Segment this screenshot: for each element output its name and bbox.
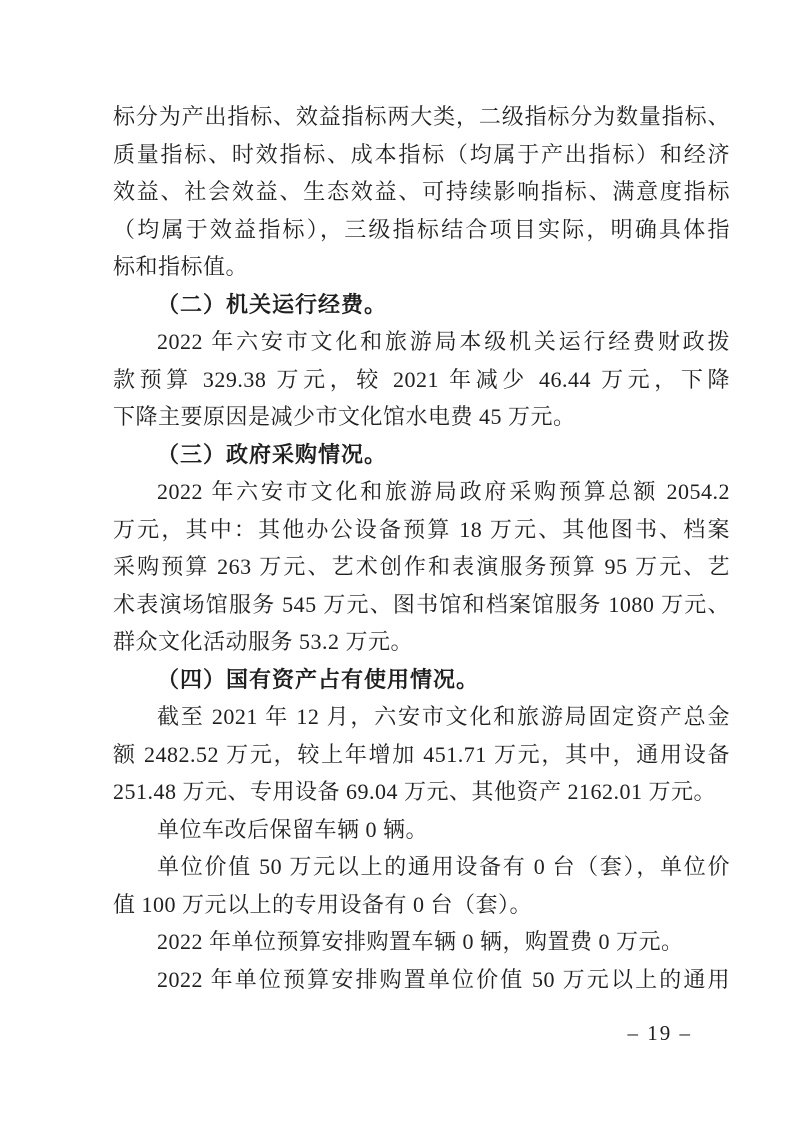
text-line: 标和指标值。 — [113, 248, 730, 286]
text-line: 款预算 329.38 万元，较 2021 年减少 46.44 万元，下降 12.… — [113, 361, 730, 399]
text-line: 2022 年六安市文化和旅游局政府采购预算总额 2054.2 — [113, 473, 730, 511]
page-number: – 19 – — [628, 1019, 693, 1047]
text-line: 效益、社会效益、生态效益、可持续影响指标、满意度指标 — [113, 173, 730, 211]
section-heading-operating-funds: （二）机关运行经费。 — [113, 286, 730, 324]
text-line: 2022 年单位预算安排购置车辆 0 辆，购置费 0 万元。 — [113, 923, 730, 961]
text-line: 采购预算 263 万元、艺术创作和表演服务预算 95 万元、艺 — [113, 548, 730, 586]
text-line: 标分为产出指标、效益指标两大类，二级指标分为数量指标、 — [113, 98, 730, 136]
text-line: 值 100 万元以上的专用设备有 0 台（套）。 — [113, 886, 730, 924]
text-line: 2022 年六安市文化和旅游局本级机关运行经费财政拨 — [113, 323, 730, 361]
text-line: 单位价值 50 万元以上的通用设备有 0 台（套），单位价 — [113, 848, 730, 886]
text-line: 群众文化活动服务 53.2 万元。 — [113, 623, 730, 661]
text-line: 下降主要原因是减少市文化馆水电费 45 万元。 — [113, 398, 730, 436]
text-line: 截至 2021 年 12 月，六安市文化和旅游局固定资产总金 — [113, 698, 730, 736]
text-line: 质量指标、时效指标、成本指标（均属于产出指标）和经济 — [113, 136, 730, 174]
text-line: 251.48 万元、专用设备 69.04 万元、其他资产 2162.01 万元。 — [113, 773, 730, 811]
section-heading-state-owned-assets: （四）国有资产占有使用情况。 — [113, 661, 730, 699]
text-line: 2022 年单位预算安排购置单位价值 50 万元以上的通用 — [113, 961, 730, 999]
text-line: 术表演场馆服务 545 万元、图书馆和档案馆服务 1080 万元、 — [113, 586, 730, 624]
document-text-block: 标分为产出指标、效益指标两大类，二级指标分为数量指标、 质量指标、时效指标、成本… — [113, 98, 730, 998]
section-heading-government-procurement: （三）政府采购情况。 — [113, 436, 730, 474]
document-page: 标分为产出指标、效益指标两大类，二级指标分为数量指标、 质量指标、时效指标、成本… — [0, 0, 793, 1122]
text-line: 单位车改后保留车辆 0 辆。 — [113, 811, 730, 849]
text-line: （均属于效益指标），三级指标结合项目实际，明确具体指 — [113, 211, 730, 249]
text-line: 万元，其中：其他办公设备预算 18 万元、其他图书、档案 — [113, 511, 730, 549]
text-line: 额 2482.52 万元，较上年增加 451.71 万元，其中，通用设备 — [113, 736, 730, 774]
